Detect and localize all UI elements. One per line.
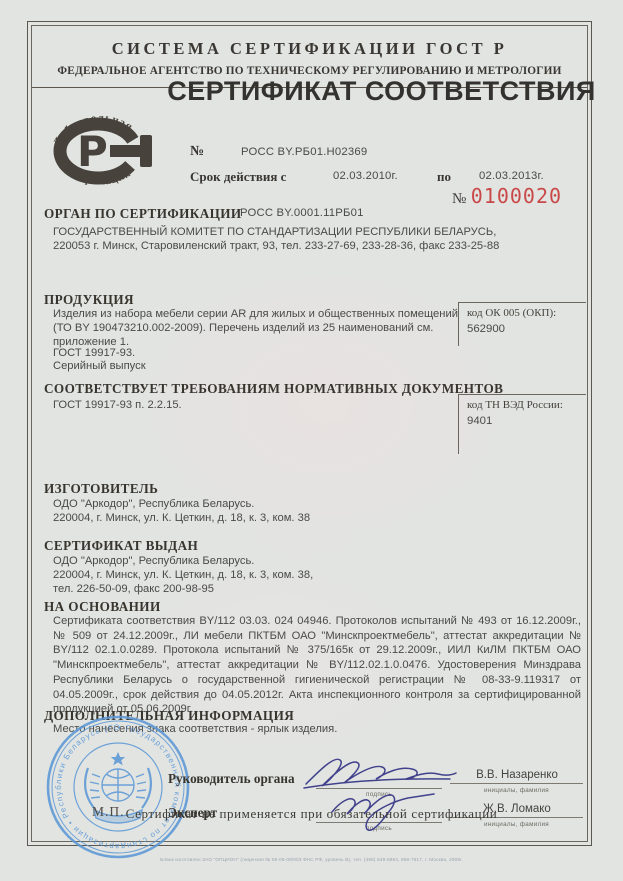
basis-text: Сертификата соответствия BY/112 03.03. 0…: [53, 614, 581, 717]
org-address: 220053 г. Минск, Старовиленский тракт, 9…: [53, 240, 499, 254]
product-gost: ГОСТ 19917-93.: [53, 347, 135, 361]
certificate-page: СИСТЕМА СЕРТИФИКАЦИИ ГОСТ Р ФЕДЕРАЛЬНОЕ …: [0, 0, 623, 881]
product-description: Изделия из набора мебели серии AR для жи…: [53, 308, 475, 349]
issued-to-name: ОДО "Аркодор", Республика Беларусь.: [53, 555, 254, 569]
valid-to-date: 02.03.2013г.: [479, 170, 544, 182]
org-heading: ОРГАН ПО СЕРТИФИКАЦИИ: [44, 206, 242, 222]
okp-code-label: код ОК 005 (ОКП):: [467, 307, 580, 319]
okp-code-box: код ОК 005 (ОКП): 562900: [458, 302, 586, 346]
footer-note: Сертификат не применяется при обязательн…: [40, 806, 583, 822]
head-name-caption: инициалы, фамилия: [450, 787, 583, 794]
tnved-code-box: код ТН ВЭД России: 9401: [458, 394, 586, 454]
rst-voluntary-mark-icon: Добровольная сертификация Р: [40, 94, 162, 206]
blank-maker-fine-print: Бланк изготовлен ЗАО "ОПЦИОН" (лицензия …: [0, 857, 623, 862]
blank-number-digits: 0100020: [471, 184, 562, 208]
conformity-heading: СООТВЕТСТВУЕТ ТРЕБОВАНИЯМ НОРМАТИВНЫХ ДО…: [44, 381, 503, 397]
valid-from-date: 02.03.2010г.: [333, 170, 398, 182]
manufacturer-name: ОДО "Аркодор", Республика Беларусь.: [53, 498, 254, 512]
validity-to-label: по: [437, 169, 451, 185]
tnved-code-value: 9401: [467, 415, 580, 427]
blank-number-sign: №: [452, 191, 466, 207]
head-name-line: [450, 769, 583, 784]
blank-number: № 0100020: [452, 184, 562, 208]
head-of-body-role: Руководитель органа: [168, 771, 295, 787]
conformity-gost: ГОСТ 19917-93 п. 2.2.15.: [53, 399, 182, 413]
expert-name-caption: инициалы, фамилия: [450, 821, 583, 828]
certification-system-title: СИСТЕМА СЕРТИФИКАЦИИ ГОСТ Р: [32, 39, 587, 59]
product-heading: ПРОДУКЦИЯ: [44, 292, 134, 308]
issued-to-heading: СЕРТИФИКАТ ВЫДАН: [44, 538, 198, 554]
basis-heading: НА ОСНОВАНИИ: [44, 599, 161, 615]
manufacturer-heading: ИЗГОТОВИТЕЛЬ: [44, 481, 158, 497]
org-name: ГОСУДАРСТВЕННЫЙ КОМИТЕТ ПО СТАНДАРТИЗАЦИ…: [53, 226, 496, 240]
logo-letter-p: Р: [77, 127, 108, 176]
manufacturer-address: 220004, г. Минск, ул. К. Цеткин, д. 18, …: [53, 512, 310, 526]
product-issue-type: Серийный выпуск: [53, 360, 146, 374]
issued-to-phone: тел. 226-50-09, факс 200-98-95: [53, 583, 214, 597]
cert-number-label: №: [190, 144, 204, 160]
document-title: СЕРТИФИКАТ СООТВЕТСТВИЯ: [150, 76, 613, 107]
belarus-gosstandart-stamp-icon: • Государственный комитет по стандартиза…: [36, 712, 200, 862]
validity-label: Срок действия с: [190, 169, 286, 185]
okp-code-value: 562900: [467, 323, 580, 335]
issued-to-address: 220004, г. Минск, ул. К. Цеткин, д. 18, …: [53, 569, 313, 583]
cert-number-value: РОСС BY.РБ01.Н02369: [241, 146, 367, 158]
tnved-code-label: код ТН ВЭД России:: [467, 399, 580, 411]
org-reg-number: РОСС BY.0001.11РБ01: [240, 207, 364, 219]
